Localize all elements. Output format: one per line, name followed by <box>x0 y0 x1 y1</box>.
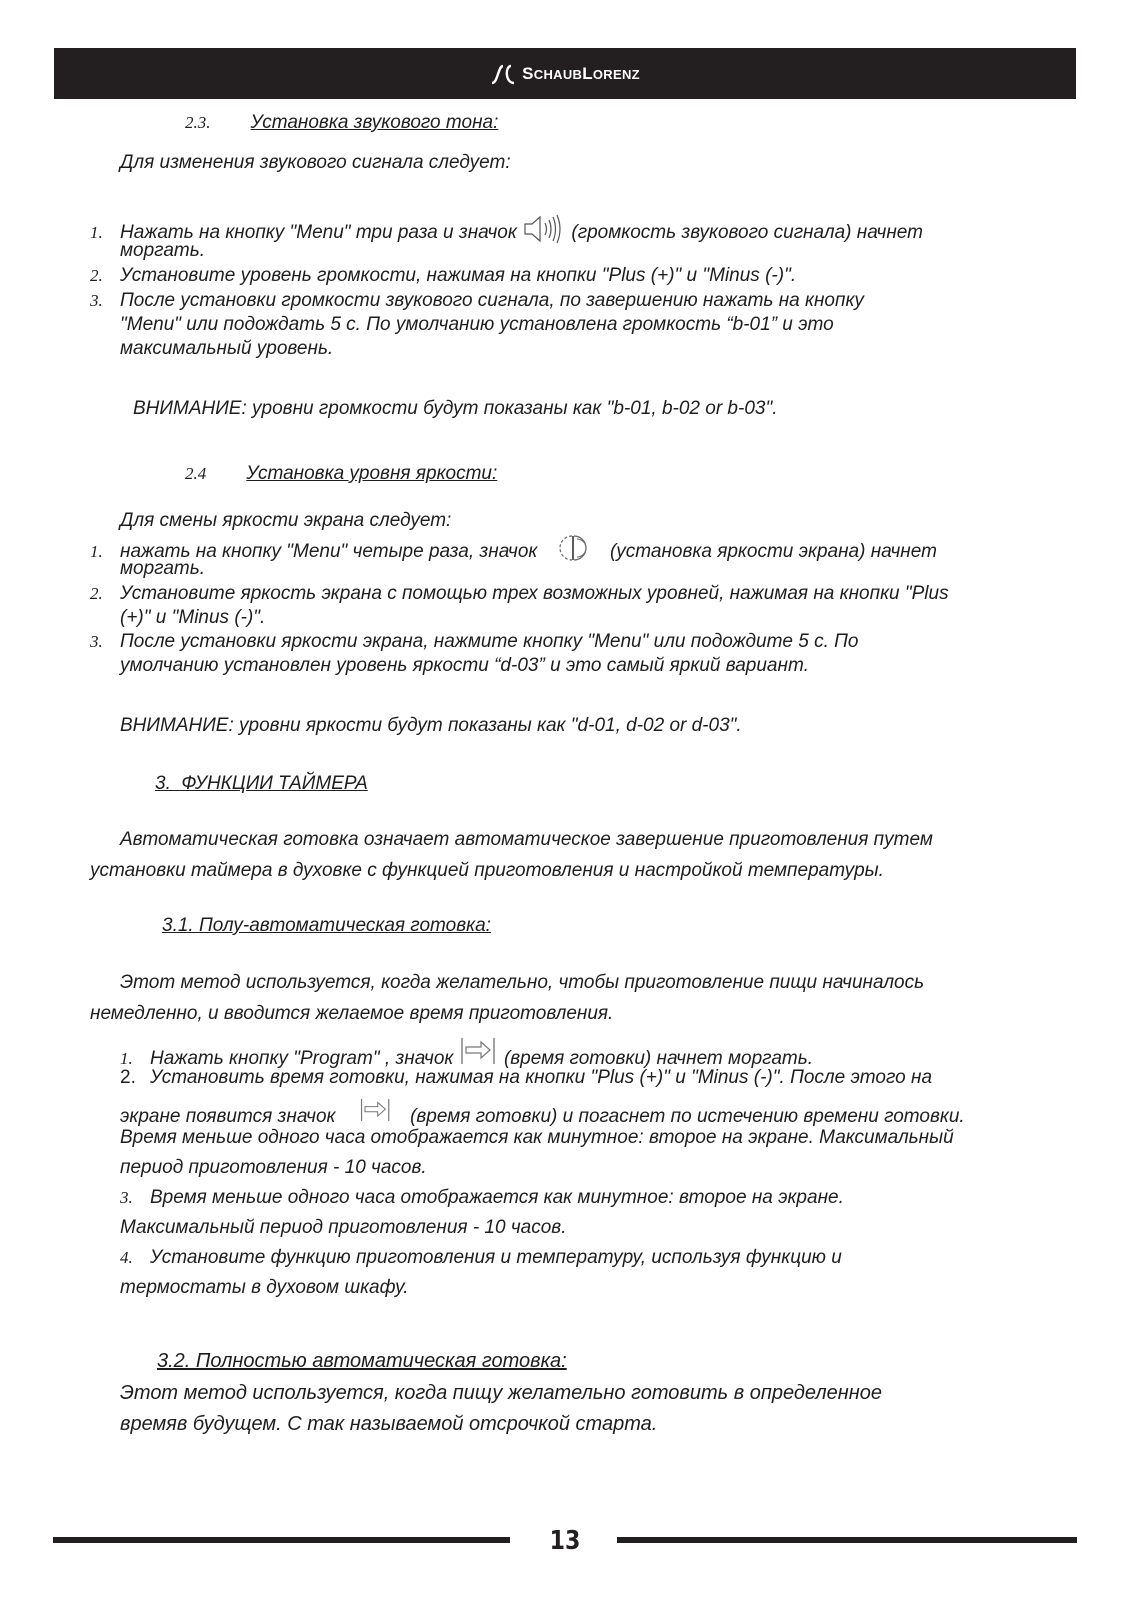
list-item: 2.Установить время готовки, нажимая на к… <box>120 1066 932 1089</box>
list-item: 3.После установки яркости экрана, нажмит… <box>90 630 859 653</box>
list-item-continuation: (+)" и "Minus (-)". <box>120 606 265 629</box>
section-2-4-heading: 2.4Установка уровня яркости: <box>185 462 497 485</box>
cook-time-icon <box>359 1096 393 1130</box>
section-3-2-paragraph: Этот метод используется, когда пищу жела… <box>120 1382 882 1405</box>
list-item-continuation: Время меньше одного часа отображается ка… <box>120 1126 954 1149</box>
brand-logo: SCHAUBLORENZ <box>490 63 640 85</box>
footer-rule-right <box>617 1537 1077 1543</box>
section-3-1-paragraph: Этот метод используется, когда желательн… <box>120 971 924 994</box>
section-3-2-heading: 3.2. Полностью автоматическая готовка: <box>157 1350 567 1373</box>
list-item-continuation: моргать. <box>120 239 205 262</box>
speaker-volume-icon <box>522 214 566 250</box>
list-item-continuation: экране появится значок (время готовки) и… <box>120 1096 965 1130</box>
list-item-continuation: моргать. <box>120 557 205 580</box>
list-item: 1.нажать на кнопку "Menu" четыре раза, з… <box>90 533 937 569</box>
section-2-4-intro: Для смены яркости экрана следует: <box>120 509 451 532</box>
page-number: 13 <box>540 1526 591 1556</box>
header-bar: SCHAUBLORENZ <box>54 48 1076 99</box>
list-item-continuation: Максимальный период приготовления - 10 ч… <box>120 1216 567 1239</box>
list-item: 2.Установите уровень громкости, нажимая … <box>90 264 796 287</box>
section-3-paragraph: установки таймера в духовке с функцией п… <box>90 859 884 882</box>
list-item: 2.Установите яркость экрана с помощью тр… <box>90 582 949 605</box>
section-3-2-paragraph: времяв будущем. С так называемой отсрочк… <box>120 1413 657 1436</box>
section-3-1-paragraph: немедленно, и вводится желаемое время пр… <box>90 1002 613 1025</box>
list-item-continuation: "Menu" или подождать 5 с. По умолчанию у… <box>120 313 834 336</box>
list-item-continuation: максимальный уровень. <box>120 337 333 360</box>
brightness-icon <box>557 533 591 569</box>
footer-rule-left <box>53 1537 510 1543</box>
section-2-3-intro: Для изменения звукового сигнала следует: <box>120 151 511 174</box>
brand-name: SCHAUBLORENZ <box>522 64 640 84</box>
brand-wave-icon <box>490 63 516 85</box>
list-item: 3.После установки громкости звукового си… <box>90 289 864 312</box>
section-2-4-note: ВНИМАНИЕ: уровни яркости будут показаны … <box>120 714 742 737</box>
list-item-continuation: период приготовления - 10 часов. <box>120 1156 427 1179</box>
section-2-3-note: ВНИМАНИЕ: уровни громкости будут показан… <box>133 397 777 420</box>
section-2-3-heading: 2.3.Установка звукового тона: <box>185 111 498 134</box>
section-3-heading: 3. ФУНКЦИИ ТАЙМЕРА <box>155 772 368 795</box>
section-3-1-heading: 3.1. Полу-автоматическая готовка: <box>162 914 491 937</box>
list-item: 1.Нажать на кнопку "Menu" три раза и зна… <box>90 214 923 250</box>
list-item: 3.Время меньше одного часа отображается … <box>120 1186 844 1209</box>
section-3-paragraph: Автоматическая готовка означает автомати… <box>120 828 933 851</box>
list-item-continuation: термостаты в духовом шкафу. <box>120 1276 409 1299</box>
list-item: 4.Установите функцию приготовления и тем… <box>120 1246 842 1269</box>
list-item-continuation: умолчанию установлен уровень яркости “d-… <box>120 654 809 677</box>
